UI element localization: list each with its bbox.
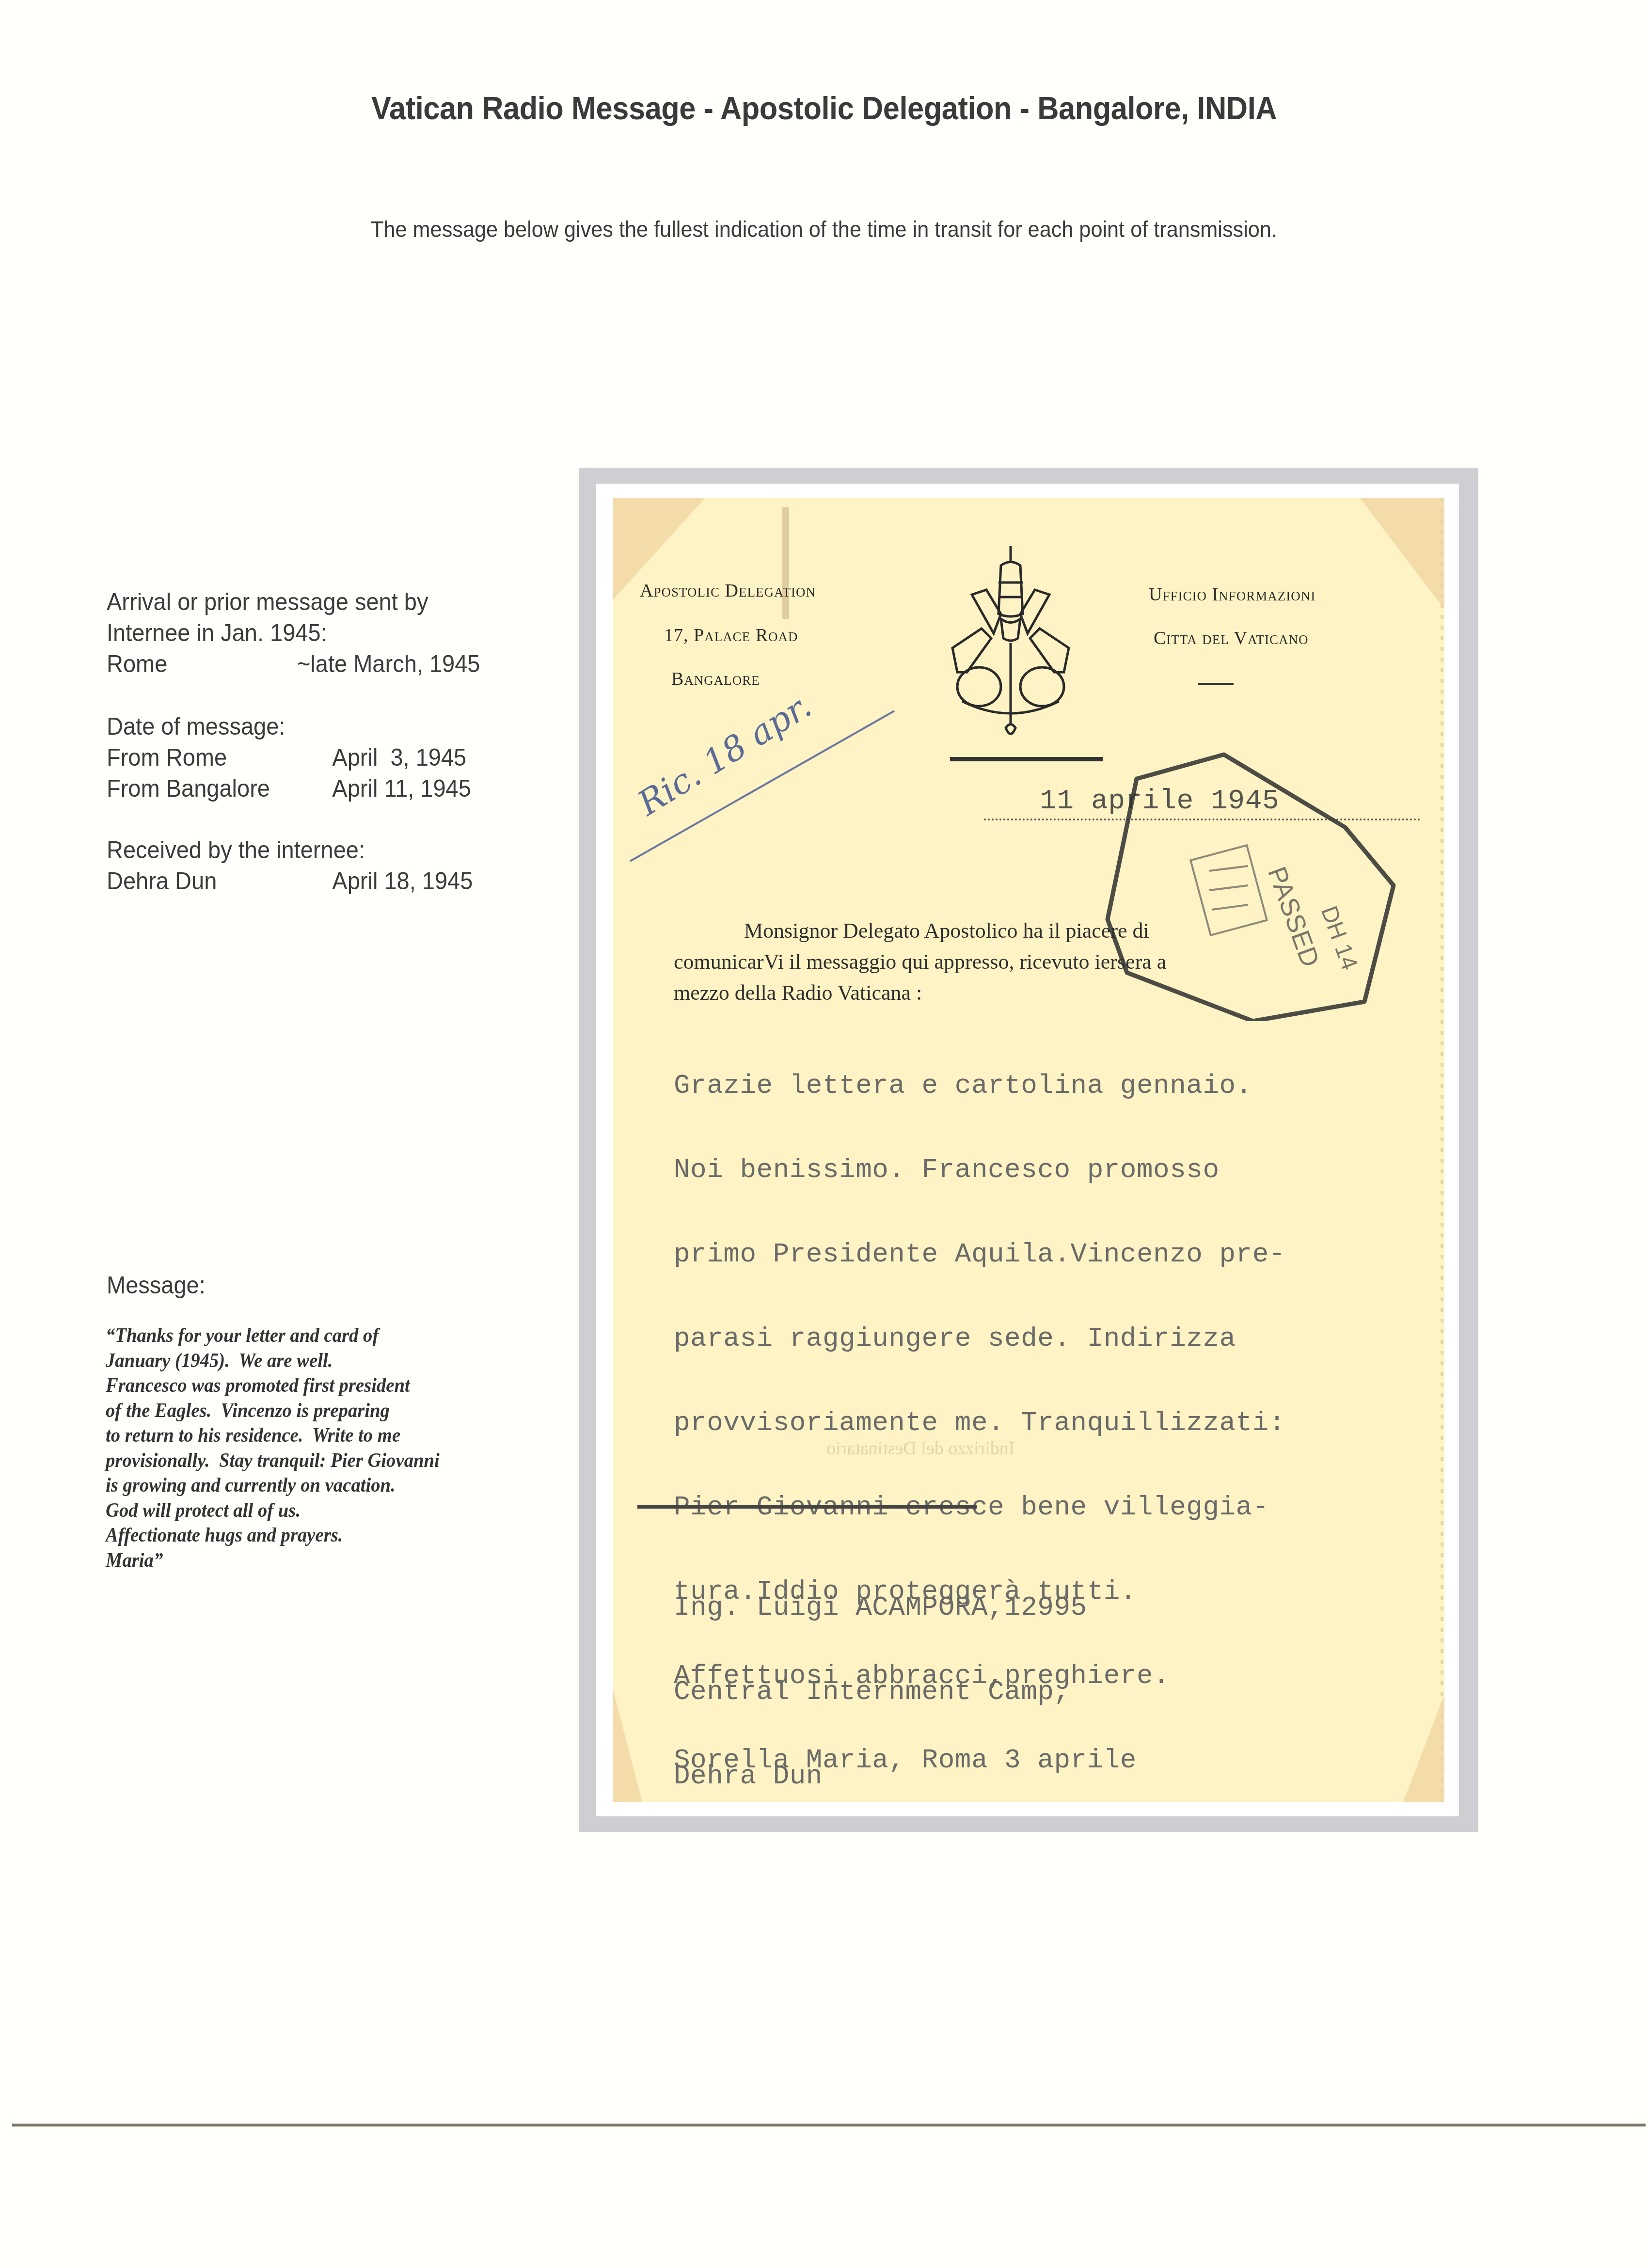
arrival-row: Rome ~late March, 1945 xyxy=(107,648,428,679)
translation-line: to return to his residence. Write to me xyxy=(106,1423,498,1448)
translation-line: God will protect all of us. xyxy=(106,1498,498,1523)
date-place: From Rome xyxy=(107,744,227,771)
intro-line: comunicarVi il messaggio qui appresso, r… xyxy=(674,949,1166,974)
translation-line: of the Eagles. Vincenzo is preparing xyxy=(106,1398,498,1423)
message-translation: “Thanks for your letter and card of Janu… xyxy=(106,1323,498,1573)
letterhead-address: 17, Palace Road xyxy=(664,625,798,646)
bleed-through-label: Indirizzo del Destinatario xyxy=(826,1438,1014,1459)
translation-line: is growing and currently on vacation. xyxy=(106,1473,498,1498)
translation-line: Maria” xyxy=(106,1548,498,1573)
translation-line: “Thanks for your letter and card of xyxy=(106,1323,498,1348)
message-heading: Message: xyxy=(107,1270,206,1301)
arrival-place: Rome xyxy=(107,650,167,677)
letterhead-apostolic-delegation: Apostolic Delegation xyxy=(640,580,816,601)
radio-message-form: Apostolic Delegation 17, Palace Road Ban… xyxy=(613,498,1444,1802)
received-place: Dehra Dun xyxy=(107,867,217,895)
address-line: Dehra Dun xyxy=(674,1762,1087,1790)
svg-text:DH 14: DH 14 xyxy=(1316,903,1363,974)
header-rule xyxy=(950,757,1103,761)
arrival-heading-1: Arrival or prior message sent by xyxy=(107,586,428,617)
date-place: From Bangalore xyxy=(107,775,270,802)
address-rule xyxy=(637,1505,977,1509)
date-of-message-heading: Date of message: xyxy=(107,711,285,742)
date-value: April 11, 1945 xyxy=(332,773,471,804)
received-heading: Received by the internee: xyxy=(107,835,365,866)
date-row: From Bangalore April 11, 1945 xyxy=(107,773,285,804)
date-of-message-section: Date of message: From Rome April 3, 1945… xyxy=(107,711,285,804)
svg-text:PASSED: PASSED xyxy=(1262,863,1325,971)
page-title: Vatican Radio Message - Apostolic Delega… xyxy=(58,90,1590,126)
address-line: Ing. Luigi ACAMPORA,12995 xyxy=(674,1593,1087,1622)
translation-line: January (1945). We are well. xyxy=(106,1348,498,1373)
letterhead-vaticano: Citta del Vaticano xyxy=(1154,628,1308,649)
received-date: April 18, 1945 xyxy=(332,866,473,897)
typed-message-line: primo Presidente Aquila.Vincenzo pre- xyxy=(674,1240,1285,1268)
page-bottom-rule xyxy=(12,2124,1646,2126)
typed-message-line: Noi benissimo. Francesco promosso xyxy=(674,1156,1285,1184)
letterhead-dash xyxy=(1198,683,1234,685)
arrival-date: ~late March, 1945 xyxy=(297,648,480,679)
translation-line: Francesco was promoted first president xyxy=(106,1373,498,1398)
typed-message-line: provvisoriamente me. Tranquillizzati: xyxy=(674,1409,1285,1437)
translation-line: Affectionate hugs and prayers. xyxy=(106,1523,498,1548)
intro-line: Monsignor Delegato Apostolico ha il piac… xyxy=(744,918,1149,943)
handwritten-underline xyxy=(628,701,899,866)
page-subtitle: The message below gives the fullest indi… xyxy=(66,216,1582,242)
intro-line: mezzo della Radio Vaticana : xyxy=(674,980,922,1005)
date-value: April 3, 1945 xyxy=(332,742,466,773)
received-section: Received by the internee: Dehra Dun Apri… xyxy=(107,835,365,897)
typed-message-line: parasi raggiungere sede. Indirizza xyxy=(674,1324,1285,1353)
letterhead-city: Bangalore xyxy=(671,668,760,690)
arrival-heading-2: Internee in Jan. 1945: xyxy=(107,617,428,648)
typed-message-line: Grazie lettera e cartolina gennaio. xyxy=(674,1071,1285,1100)
papal-coat-of-arms-icon xyxy=(933,541,1088,745)
translation-line: provisionally. Stay tranquil: Pier Giova… xyxy=(106,1448,498,1473)
received-row: Dehra Dun April 18, 1945 xyxy=(107,866,365,897)
address-line: Central Internment Camp, xyxy=(674,1678,1087,1706)
letterhead-ufficio: Ufficio Informazioni xyxy=(1149,584,1315,605)
date-row: From Rome April 3, 1945 xyxy=(107,742,285,773)
recipient-address: Ing. Luigi ACAMPORA,12995 Central Intern… xyxy=(674,1537,1087,1802)
censor-postmark-icon: PASSED DH 14 xyxy=(1093,750,1423,1021)
arrival-section: Arrival or prior message sent by Interne… xyxy=(107,586,428,679)
